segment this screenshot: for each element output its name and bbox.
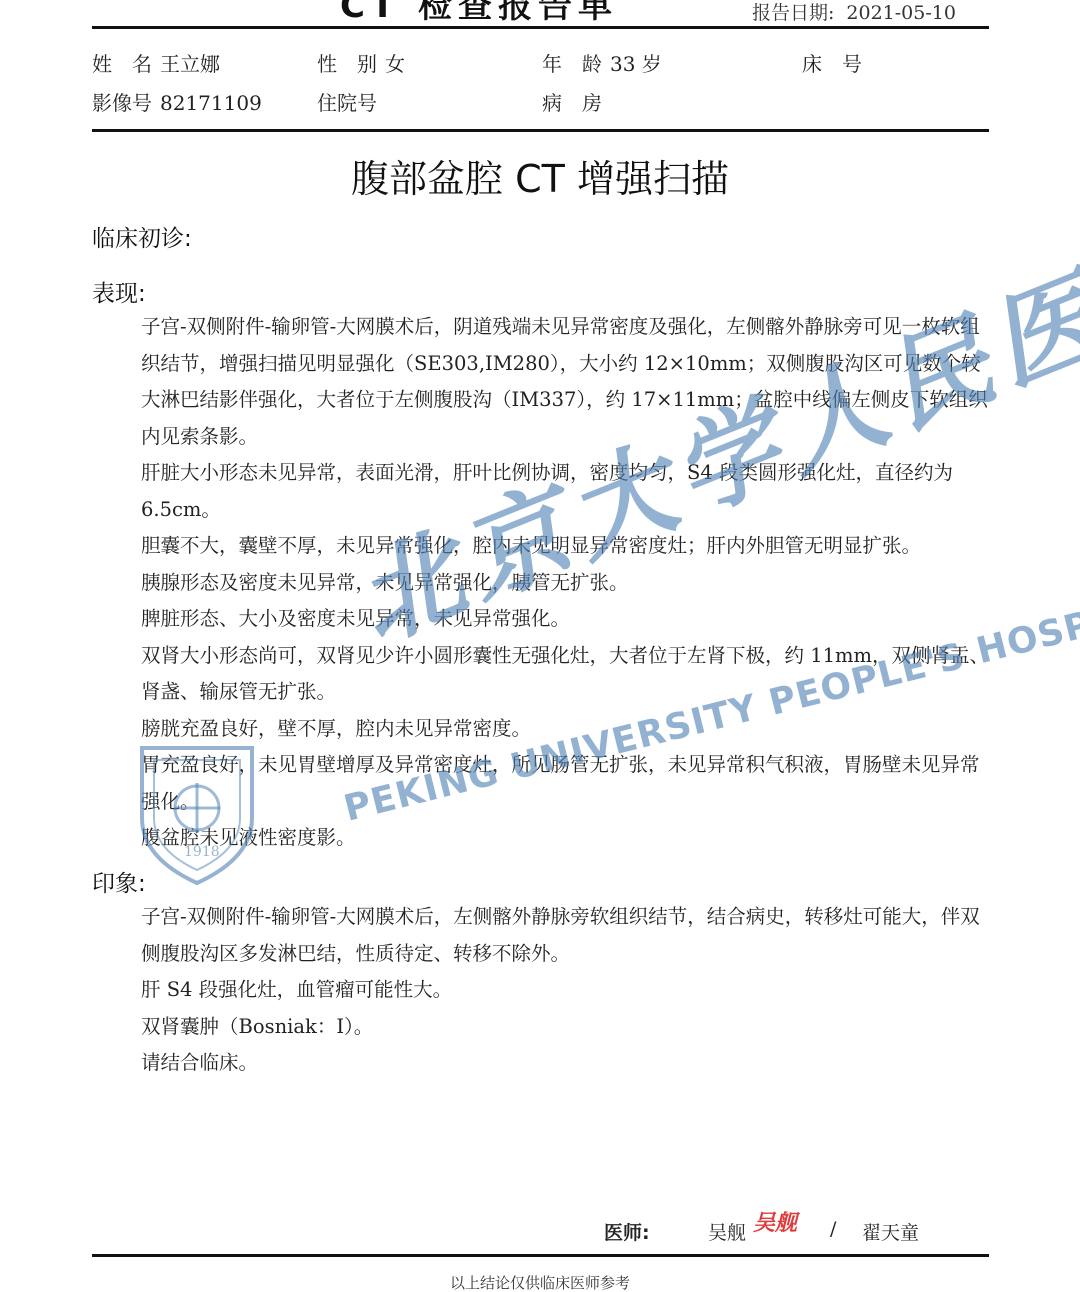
report-title: CT 检查报告单 — [340, 0, 618, 27]
patient-age-value: 33 岁 — [610, 52, 662, 76]
impression-body: 子宫-双侧附件-输卵管-大网膜术后，左侧髂外静脉旁软组织结节，结合病史，转移灶可… — [141, 899, 993, 1082]
findings-body: 子宫-双侧附件-输卵管-大网膜术后，阴道残端未见异常密度及强化，左侧髂外静脉旁可… — [141, 309, 993, 857]
report-date-value: 2021-05-10 — [846, 2, 956, 24]
finding-paragraph: 脾脏形态、大小及密度未见异常，未见异常强化。 — [141, 601, 993, 638]
ward-label: 病 房 — [542, 91, 602, 115]
exam-title: 腹部盆腔 CT 增强扫描 — [0, 148, 1080, 203]
finding-paragraph: 胆囊不大，囊壁不厚，未见异常强化，腔内未见明显异常密度灶；肝内外胆管无明显扩张。 — [141, 528, 993, 565]
finding-paragraph: 肝脏大小形态未见异常，表面光滑，肝叶比例协调，密度均匀，S4 段类圆形强化灶，直… — [141, 455, 993, 528]
finding-paragraph: 胰腺形态及密度未见异常，未见异常强化，胰管无扩张。 — [141, 565, 993, 602]
inpatient-no-field: 住院号 — [317, 87, 385, 116]
report-date: 报告日期:2021-05-10 — [752, 0, 956, 25]
doctor-name-1: 吴舰 — [708, 1218, 746, 1245]
finding-paragraph: 膀胱充盈良好，壁不厚，腔内未见异常密度。 — [141, 711, 993, 748]
image-no-label: 影像号 — [92, 91, 152, 115]
patient-sex-field: 性 别女 — [317, 48, 405, 77]
finding-paragraph: 胃充盈良好，未见胃壁增厚及异常密度灶，所见肠管无扩张，未见异常积气积液，胃肠壁未… — [141, 747, 993, 820]
patient-age-label: 年 龄 — [542, 52, 602, 76]
patient-name-field: 姓 名王立娜 — [92, 48, 220, 77]
patient-name-value: 王立娜 — [160, 52, 220, 76]
patient-sex-label: 性 别 — [317, 52, 377, 76]
doctor-separator: / — [830, 1218, 836, 1240]
impression-paragraph: 子宫-双侧附件-输卵管-大网膜术后，左侧髂外静脉旁软组织结节，结合病史，转移灶可… — [141, 899, 993, 972]
finding-paragraph: 腹盆腔未见液性密度影。 — [141, 820, 993, 857]
doctor-name-2: 翟天童 — [862, 1218, 919, 1245]
doctor-label: 医师: — [604, 1218, 650, 1245]
clinical-diagnosis-heading: 临床初诊: — [92, 220, 192, 253]
impression-paragraph: 双肾囊肿（Bosniak：I）。 — [141, 1009, 993, 1046]
patient-bed-field: 床 号 — [802, 48, 870, 77]
image-no-field: 影像号82171109 — [92, 87, 262, 116]
impression-heading: 印象: — [92, 865, 146, 898]
header-divider — [92, 26, 989, 29]
footer-disclaimer: 以上结论仅供临床医师参考 — [0, 1272, 1080, 1292]
finding-paragraph: 双肾大小形态尚可，双肾见少许小圆形囊性无强化灶，大者位于左肾下极，约 11mm，… — [141, 638, 993, 711]
ward-field: 病 房 — [542, 87, 610, 116]
report-date-label: 报告日期: — [752, 2, 834, 24]
info-divider — [92, 129, 989, 132]
image-no-value: 82171109 — [160, 91, 262, 115]
findings-heading: 表现: — [92, 275, 146, 308]
doctor-signature: 吴舰 — [753, 1206, 797, 1237]
inpatient-no-label: 住院号 — [317, 91, 377, 115]
impression-paragraph: 请结合临床。 — [141, 1045, 993, 1082]
patient-bed-label: 床 号 — [802, 52, 862, 76]
patient-age-field: 年 龄33 岁 — [542, 48, 662, 77]
patient-name-label: 姓 名 — [92, 52, 152, 76]
finding-paragraph: 子宫-双侧附件-输卵管-大网膜术后，阴道残端未见异常密度及强化，左侧髂外静脉旁可… — [141, 309, 993, 455]
impression-paragraph: 肝 S4 段强化灶，血管瘤可能性大。 — [141, 972, 993, 1009]
patient-sex-value: 女 — [385, 52, 405, 76]
footer-divider — [92, 1254, 989, 1257]
